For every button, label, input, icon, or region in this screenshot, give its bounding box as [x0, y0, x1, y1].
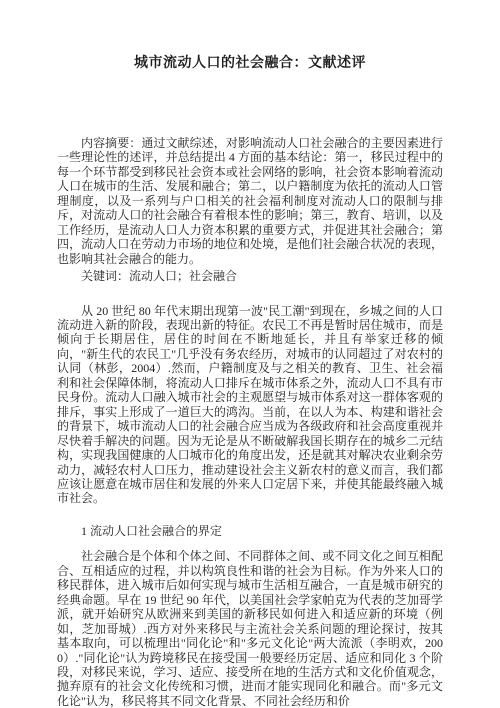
abstract-paragraph: 内容摘要：通过文献综述，对影响流动人口社会融合的主要因素进行一些理论性的述评，并…	[57, 136, 443, 266]
paper-title: 城市流动人口的社会融合：文献述评	[57, 54, 443, 74]
section-1-heading: 1 流动人口社会融合的界定	[57, 524, 443, 538]
document-page: 城市流动人口的社会融合：文献述评 内容摘要：通过文献综述，对影响流动人口社会融合…	[0, 0, 500, 708]
keywords-line: 关键词：流动人口；社会融合	[57, 269, 443, 283]
section-1-paragraph: 社会融合是个体和个体之间、不同群体之间、或不同文化之间互相配合、互相适应的过程，…	[57, 549, 443, 708]
page-content: 城市流动人口的社会融合：文献述评 内容摘要：通过文献综述，对影响流动人口社会融合…	[0, 0, 500, 708]
introduction-paragraph: 从 20 世纪 80 年代末期出现第一波"民工潮"到现在，乡城之间的人口流动进入…	[57, 304, 443, 506]
